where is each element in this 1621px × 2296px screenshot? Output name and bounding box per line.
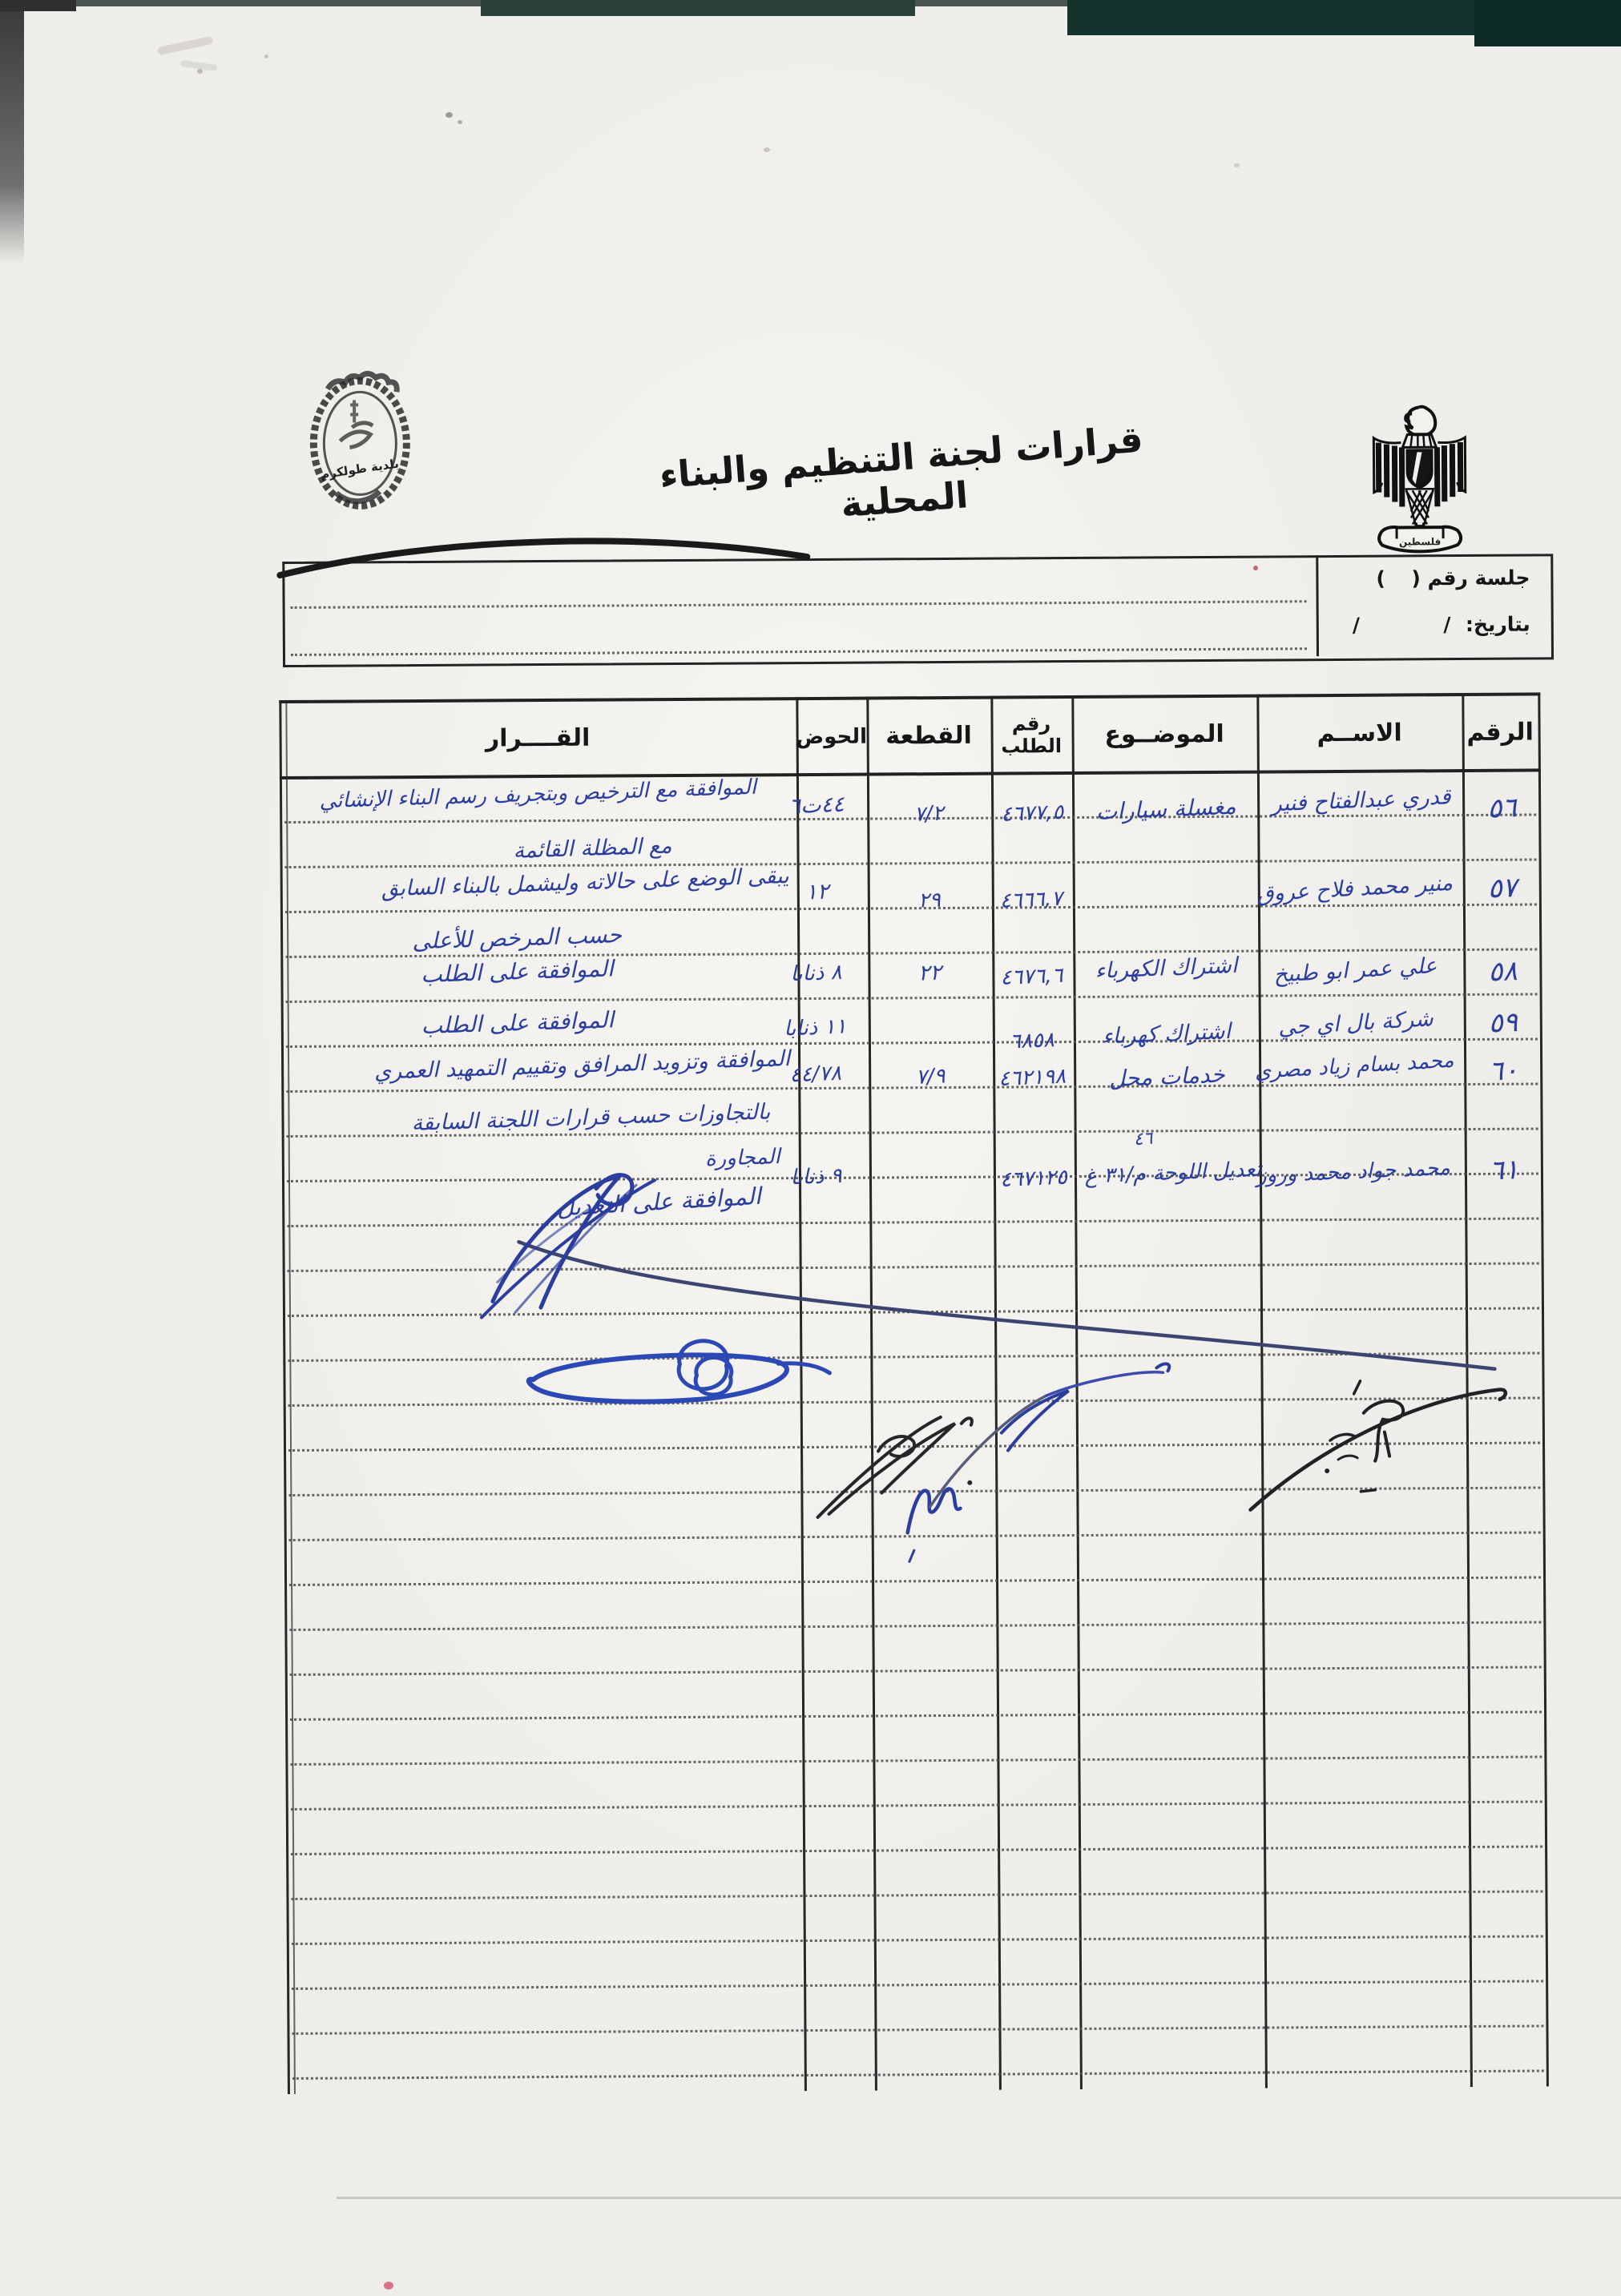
col-line-decision-basin <box>796 697 807 2091</box>
municipality-stamp: بلدية طولكرم <box>304 365 417 518</box>
emblem-banner-text: فلسطين <box>1399 536 1441 547</box>
row-59-num: ٥٩ <box>1463 1005 1543 1041</box>
row-59-basin: ١١ ذنابا <box>756 1013 873 1042</box>
row-58-request-no: ٤٦٧٦,٦ <box>987 963 1076 990</box>
ruled-dotted-line <box>292 2069 1544 2080</box>
session-date-label: بتاريخ: <box>1466 613 1530 636</box>
ruled-dotted-line <box>286 1037 1538 1048</box>
ruled-dotted-line <box>288 1262 1539 1272</box>
row-56-num: ٥٦ <box>1462 791 1542 826</box>
row-56-plot: ٧/٢ <box>869 800 990 828</box>
ruled-dotted-line <box>288 1396 1540 1407</box>
ruled-dotted-line <box>289 1531 1541 1541</box>
row-60-request-no: ٤٦٢١٩٨ <box>985 1064 1080 1092</box>
row-57-plot: ٢٩ <box>869 886 990 915</box>
session-number-close-paren: ) <box>1376 567 1385 590</box>
row-60-plot: ٧/٩ <box>870 1062 991 1091</box>
row-61-num: ٦١ <box>1464 1153 1544 1188</box>
row-57-num: ٥٧ <box>1462 871 1542 906</box>
col-header-decision: القــــرار <box>279 700 796 776</box>
session-date-slashes: / / <box>1353 613 1451 637</box>
ruled-dotted-line <box>288 1486 1540 1496</box>
row-61-request-no: ٤٦٧١٢٥ <box>985 1165 1082 1193</box>
row-58-plot: ٢٢ <box>869 958 990 988</box>
ruled-dotted-line <box>286 993 1538 1003</box>
row-58-basin: ٨ ذنابا <box>760 959 873 988</box>
ruled-dotted-line <box>292 2024 1543 2035</box>
ruled-dotted-line <box>289 1576 1541 1586</box>
page-title: قرارات لجنة التنظيم والبناء المحلية <box>612 414 1194 542</box>
ruled-dotted-line <box>292 1935 1543 1945</box>
row-61-subject-note: ٤٦ <box>1115 1127 1172 1151</box>
ruled-dotted-line <box>288 1307 1539 1317</box>
ruled-dotted-line <box>290 1755 1542 1766</box>
col-header-subject: الموضــوع <box>1071 698 1257 771</box>
row-57-request-no: ٤٦٦٦,٧ <box>986 886 1075 913</box>
row-59-request-no: ٦٨٥٨ <box>987 1027 1076 1054</box>
row-60-num: ٦٠ <box>1463 1053 1543 1089</box>
ruled-dotted-line <box>292 1980 1543 1990</box>
ruled-dotted-line <box>288 1441 1540 1452</box>
col-header-num: الرقم <box>1462 695 1538 769</box>
row-58-num: ٥٨ <box>1463 954 1543 989</box>
row-56-basin: ٤٤ت٦ <box>760 791 873 820</box>
col-header-basin: الحوض <box>796 700 867 774</box>
ruled-dotted-line <box>289 1621 1541 1631</box>
session-number-row: جلسة رقم ( ) <box>1320 566 1541 590</box>
col-header-name: الاســم <box>1256 696 1462 771</box>
col-header-request: رقم الطلب <box>990 699 1072 772</box>
row-56-request-no: ٤٦٧٧,٥ <box>991 800 1074 827</box>
ruled-dotted-line <box>290 1666 1542 1676</box>
palestine-eagle-emblem: فلسطين <box>1359 401 1480 558</box>
ruled-dotted-line <box>291 1890 1542 1900</box>
scanned-document-page: بلدية طولكرم <box>0 0 1621 2296</box>
session-number-label: جلسة رقم ( <box>1411 566 1530 590</box>
ruled-dotted-line <box>290 1710 1542 1721</box>
ruled-dotted-line <box>288 1351 1539 1362</box>
ruled-dotted-line <box>287 1217 1538 1227</box>
ruled-dotted-line <box>291 1800 1542 1811</box>
ruled-dotted-line <box>291 1845 1542 1855</box>
col-header-plot: القطعة <box>866 699 991 773</box>
session-date-row: بتاريخ: / / <box>1321 612 1542 637</box>
